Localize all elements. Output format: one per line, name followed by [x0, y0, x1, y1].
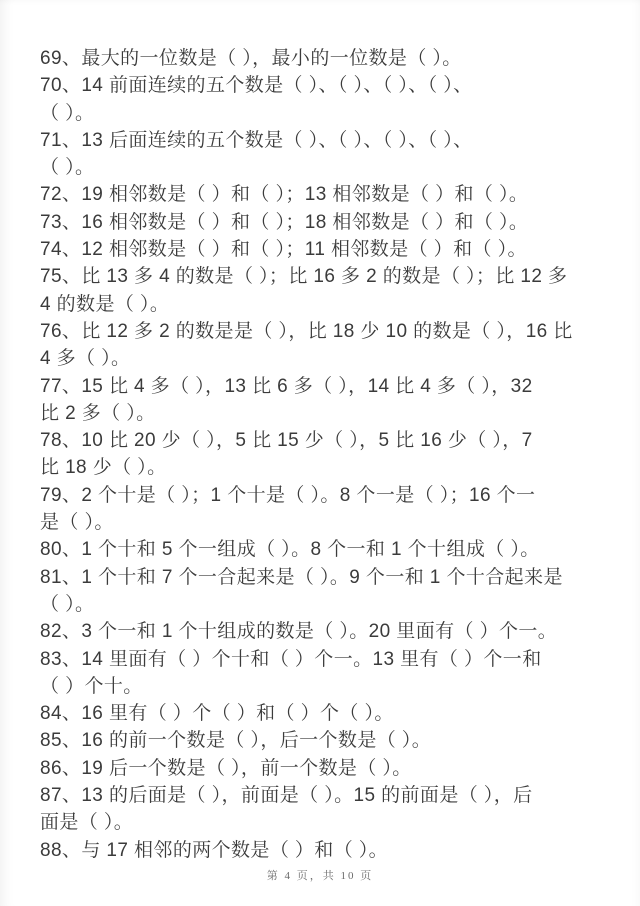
worksheet-line: 76、比 12 多 2 的数是是（ ），比 18 少 10 的数是（ ），16 …	[40, 318, 610, 345]
worksheet-line: 78、10 比 20 少（ ），5 比 15 少（ ），5 比 16 少（ ），…	[40, 427, 610, 454]
worksheet-line: 84、16 里有（ ）个（ ）和（ ）个（ ）。	[40, 700, 610, 727]
worksheet-line: 面是（ ）。	[40, 809, 610, 836]
worksheet-line: （ ）。	[40, 100, 610, 127]
worksheet-line: 82、3 个一和 1 个十组成的数是（ ）。20 里面有（ ）个一。	[40, 618, 610, 645]
worksheet-line: （ ）。	[40, 591, 610, 618]
worksheet-line: 74、12 相邻数是（ ）和（ ）；11 相邻数是（ ）和（ ）。	[40, 236, 610, 263]
worksheet-line: 79、2 个十是（ ）；1 个十是（ ）。8 个一是（ ）；16 个一	[40, 482, 610, 509]
worksheet-line: 88、与 17 相邻的两个数是（ ）和（ ）。	[40, 837, 610, 864]
worksheet-line: 73、16 相邻数是（ ）和（ ）；18 相邻数是（ ）和（ ）。	[40, 209, 610, 236]
worksheet-line: 4 多（ ）。	[40, 345, 610, 372]
worksheet-body: 69、最大的一位数是（ ），最小的一位数是（ ）。70、14 前面连续的五个数是…	[0, 0, 640, 864]
worksheet-line: 72、19 相邻数是（ ）和（ ）；13 相邻数是（ ）和（ ）。	[40, 181, 610, 208]
worksheet-line: 71、13 后面连续的五个数是（ ）、（ ）、（ ）、（ ）、	[40, 127, 610, 154]
worksheet-line: 81、1 个十和 7 个一合起来是（ ）。9 个一和 1 个十合起来是	[40, 564, 610, 591]
worksheet-line: 比 18 少（ ）。	[40, 454, 610, 481]
worksheet-line: 86、19 后一个数是（ ），前一个数是（ ）。	[40, 755, 610, 782]
worksheet-line: 75、比 13 多 4 的数是（ ）；比 16 多 2 的数是（ ）；比 12 …	[40, 263, 610, 290]
worksheet-line: 87、13 的后面是（ ），前面是（ ）。15 的前面是（ ），后	[40, 782, 610, 809]
worksheet-line: 69、最大的一位数是（ ），最小的一位数是（ ）。	[40, 45, 610, 72]
worksheet-line: 70、14 前面连续的五个数是（ ）、（ ）、（ ）、（ ）、	[40, 72, 610, 99]
worksheet-line: （ ）个十。	[40, 673, 610, 700]
worksheet-line: 比 2 多（ ）。	[40, 400, 610, 427]
page-footer: 第 4 页，共 10 页	[0, 867, 640, 883]
worksheet-line: 4 的数是（ ）。	[40, 291, 610, 318]
worksheet-line: （ ）。	[40, 154, 610, 181]
worksheet-line: 80、1 个十和 5 个一组成（ ）。8 个一和 1 个十组成（ ）。	[40, 536, 610, 563]
worksheet-line: 83、14 里面有（ ）个十和（ ）个一。13 里有（ ）个一和	[40, 646, 610, 673]
worksheet-page: 69、最大的一位数是（ ），最小的一位数是（ ）。70、14 前面连续的五个数是…	[0, 0, 640, 906]
worksheet-line: 85、16 的前一个数是（ ），后一个数是（ ）。	[40, 727, 610, 754]
worksheet-line: 77、15 比 4 多（ ），13 比 6 多（ ），14 比 4 多（ ），3…	[40, 373, 610, 400]
worksheet-line: 是（ ）。	[40, 509, 610, 536]
